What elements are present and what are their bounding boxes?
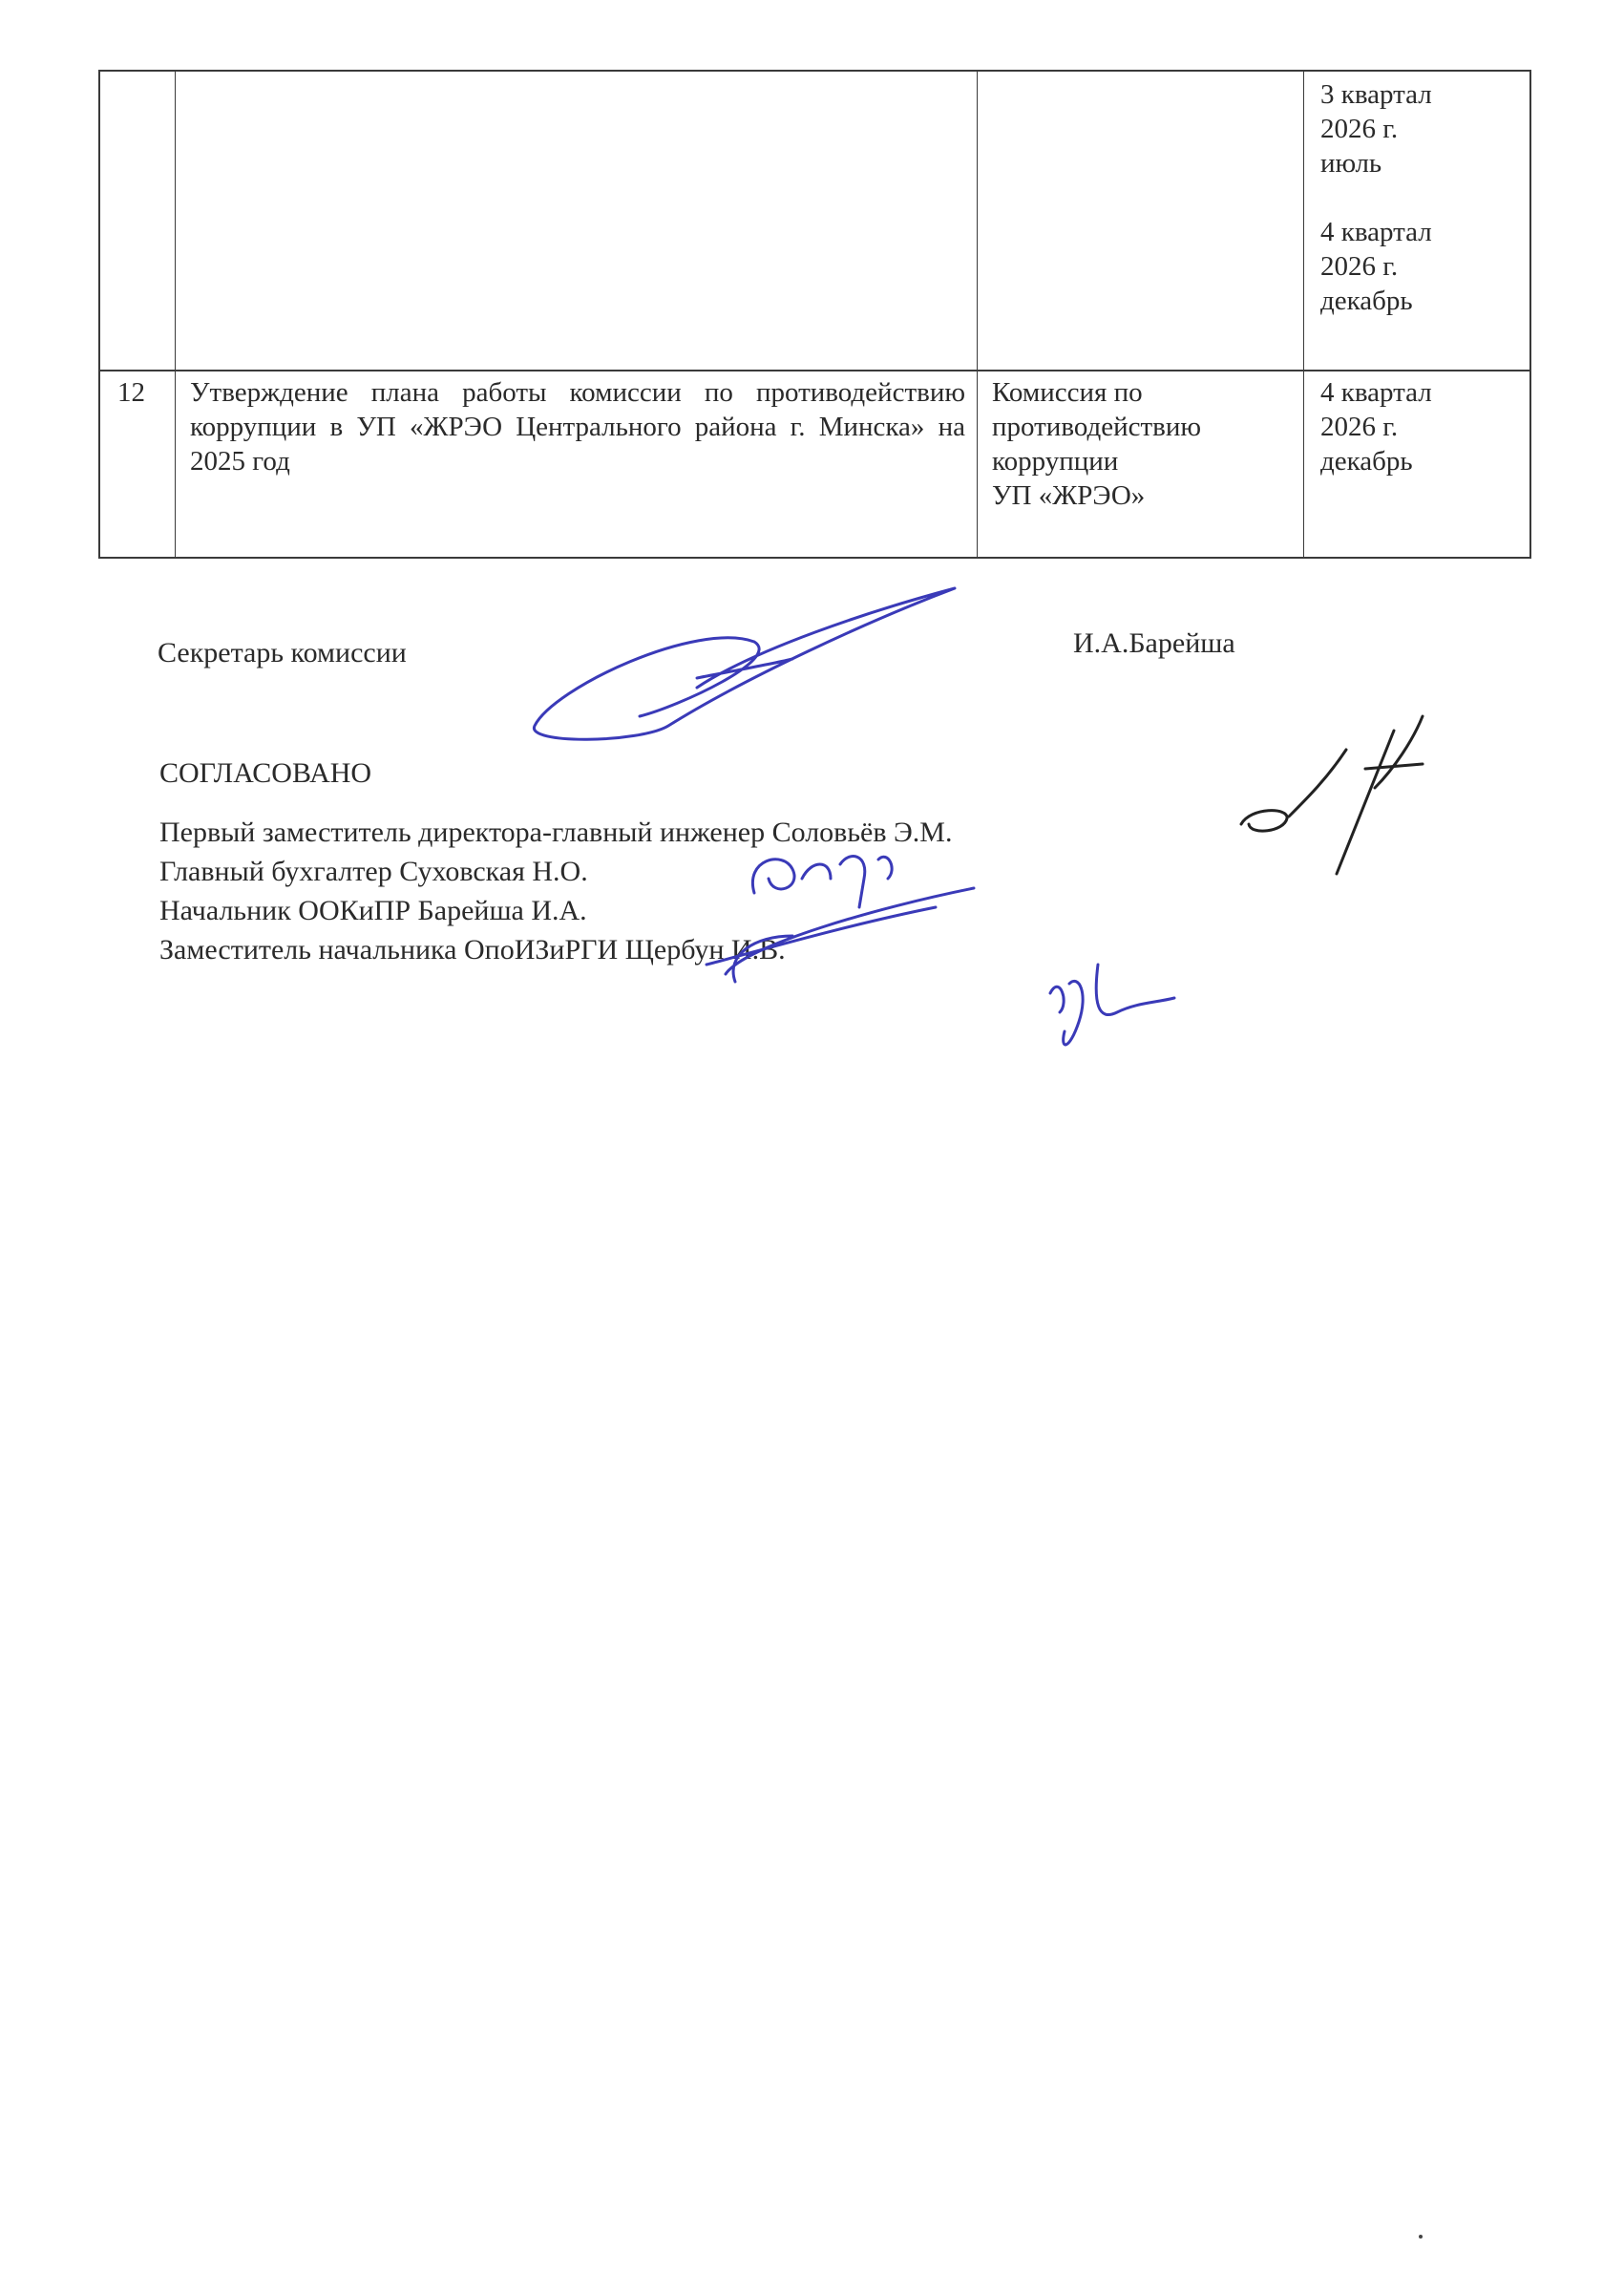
activity-cell: Утверждение плана работы комиссии по про… [190, 375, 965, 478]
chief-engineer-signature-icon [1232, 711, 1461, 883]
deadline-line: 4 квартал [1320, 375, 1521, 410]
deadline-line: 2026 г. [1320, 410, 1521, 444]
approval-line: Начальник ООКиПР Барейша И.А. [159, 894, 587, 928]
approval-line: Главный бухгалтер Суховская Н.О. [159, 855, 588, 889]
responsible-line: коррупции [992, 444, 1297, 478]
secretary-signature-icon [506, 583, 974, 745]
responsible-cell: Комиссия по противодействию коррупции УП… [992, 375, 1297, 513]
approval-heading: СОГЛАСОВАНО [159, 756, 371, 791]
column-divider [175, 72, 176, 557]
responsible-line: противодействию [992, 410, 1297, 444]
deadline-line: декабрь [1320, 444, 1521, 478]
scan-speck [1419, 2235, 1423, 2239]
responsible-line: Комиссия по [992, 375, 1297, 410]
deadline-line: 3 квартал [1320, 77, 1521, 112]
deadline-line: июль [1320, 146, 1521, 180]
row-number: 12 [117, 375, 165, 410]
chief-accountant-signature-icon [687, 840, 993, 984]
deadline-line: 2026 г. [1320, 249, 1521, 284]
deadline-line: 2026 г. [1320, 112, 1521, 146]
plan-table: 3 квартал 2026 г. июль 4 квартал 2026 г.… [98, 70, 1531, 559]
deadline-cell: 4 квартал 2026 г. декабрь [1320, 375, 1521, 478]
deadline-line: 4 квартал [1320, 215, 1521, 249]
column-divider [1303, 72, 1304, 557]
row-divider [100, 370, 1529, 371]
responsible-line: УП «ЖРЭО» [992, 478, 1297, 513]
deadline-line: декабрь [1320, 284, 1521, 318]
spacer [1320, 180, 1521, 215]
secretary-name: И.А.Барейша [1073, 626, 1235, 661]
deadline-cell: 3 квартал 2026 г. июль 4 квартал 2026 г.… [1320, 77, 1521, 318]
column-divider [977, 72, 978, 557]
deputy-head-signature-icon [1041, 955, 1184, 1060]
secretary-role: Секретарь комиссии [158, 636, 407, 670]
